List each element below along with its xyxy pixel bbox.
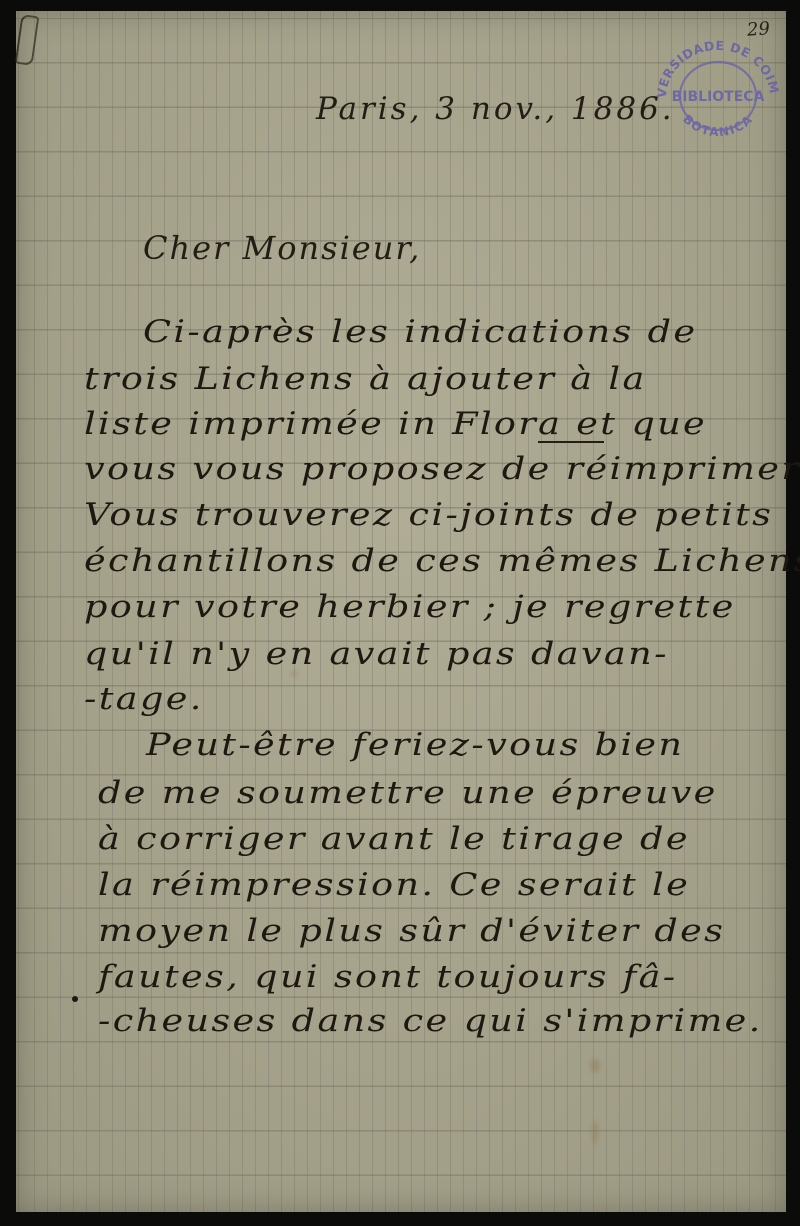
svg-text:BOTANICA: BOTANICA	[680, 112, 756, 139]
letter-line-11: de me soumettre une épreuve	[98, 775, 718, 811]
letter-line-6: échantillons de ces mêmes Lichens	[84, 543, 800, 579]
letter-line-15: fautes, qui sont toujours fâ-	[98, 959, 678, 995]
letter-line-14: moyen le plus sûr d'éviter des	[98, 913, 725, 949]
letter-page: 29 UNIVERSIDADE DE COIMBRA BIBLIOTECA BO…	[16, 11, 786, 1212]
salutation: Cher Monsieur,	[143, 229, 421, 267]
paper-stain	[291, 671, 297, 677]
letter-line-8: qu'il n'y en avait pas davan-	[84, 636, 669, 672]
letter-line-16: -cheuses dans ce qui s'imprime.	[98, 1003, 763, 1039]
letter-line-1: Ci-après les indications de	[143, 314, 697, 350]
stamp-center-text: BIBLIOTECA	[672, 89, 765, 105]
paper-clip-mark	[15, 14, 40, 66]
paper-stain	[590, 1059, 600, 1073]
letter-line-9: -tage.	[84, 681, 204, 717]
letter-line-2: trois Lichens à ajouter à la	[84, 361, 647, 397]
letter-line-7: pour votre herbier ; je regrette	[84, 589, 736, 625]
letter-line-4: vous vous proposez de réimprimer.	[84, 451, 800, 487]
paper-stain	[592, 1121, 598, 1145]
letter-line-12: à corriger avant le tirage de	[98, 821, 690, 857]
date-line: Paris, 3 nov., 1886.	[316, 91, 675, 127]
letter-line-5: Vous trouverez ci-joints de petits	[84, 497, 773, 533]
letter-line-13: la réimpression. Ce serait le	[98, 867, 690, 903]
letter-line-10: Peut-être feriez-vous bien	[146, 727, 684, 763]
letter-line-3: liste imprimée in Flora et que	[84, 406, 707, 442]
ink-dot	[72, 996, 78, 1002]
stamp-bottom-text: BOTANICA	[680, 112, 756, 139]
flora-underline	[538, 441, 604, 443]
